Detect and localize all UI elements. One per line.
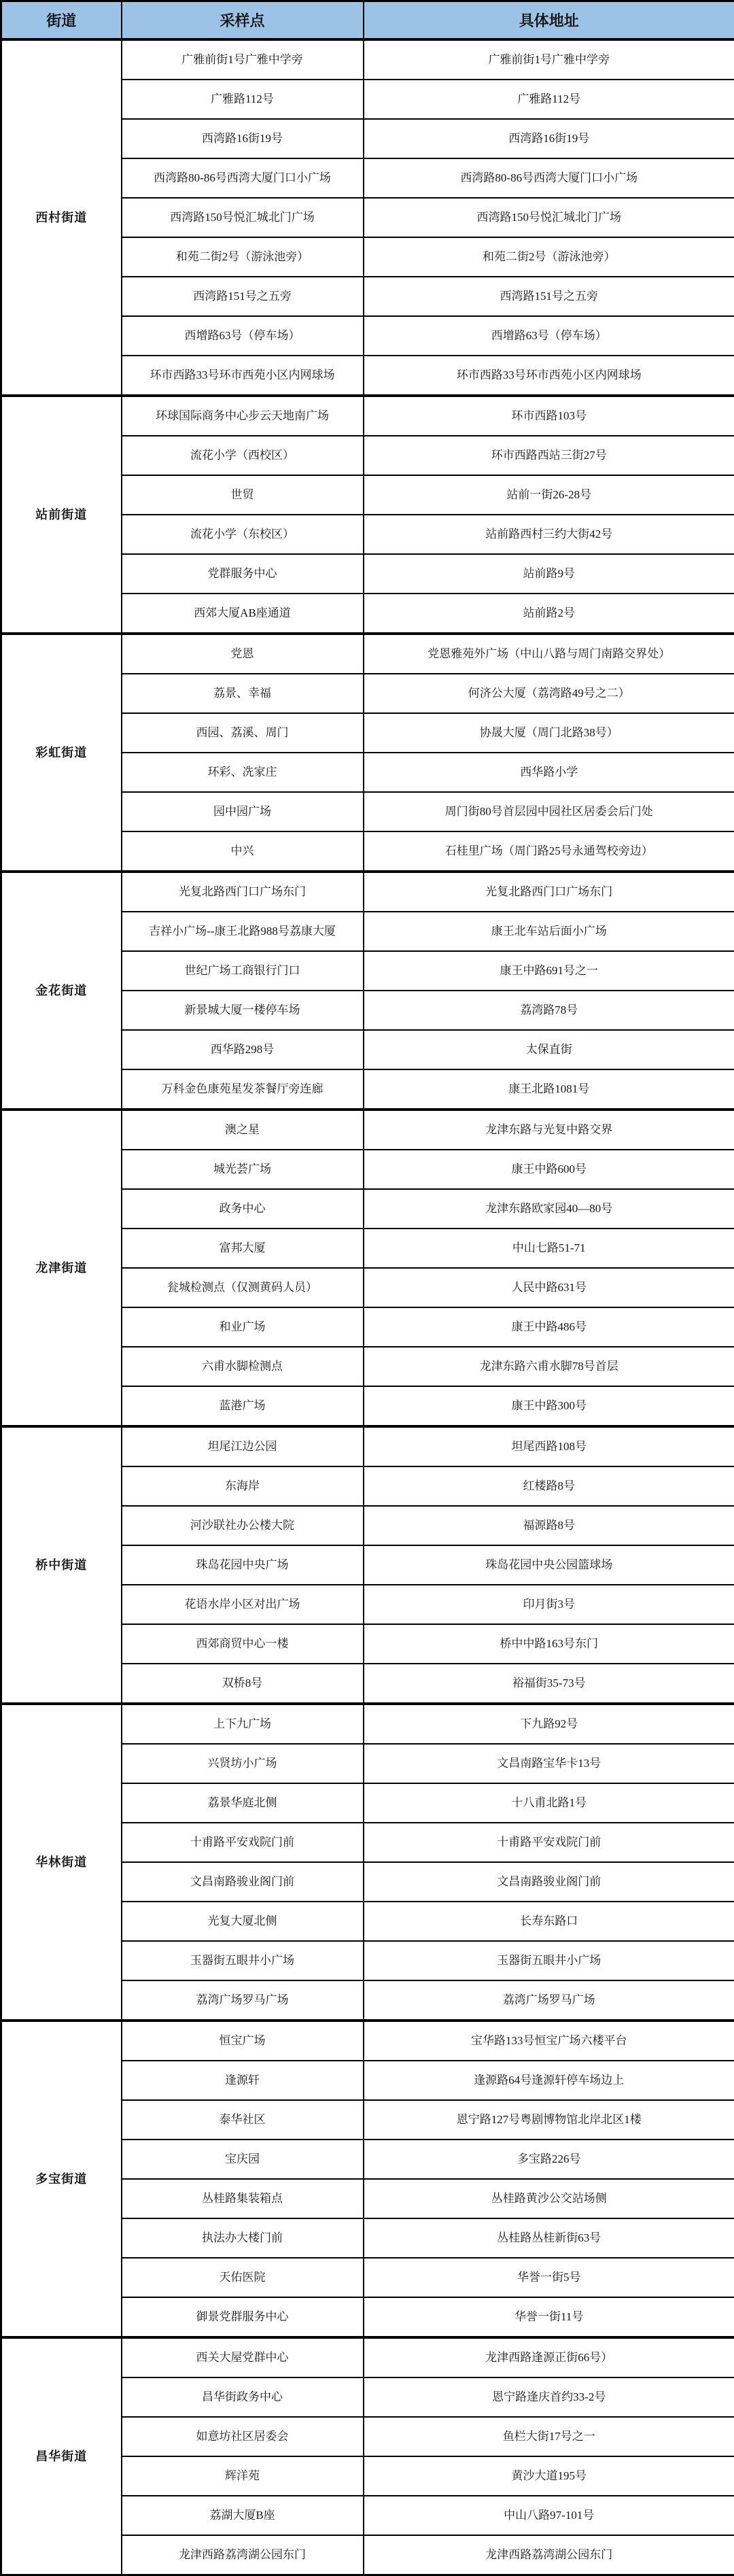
table-body: 西村街道广雅前街1号广雅中学旁广雅前街1号广雅中学旁广雅路112号广雅路112号…: [1, 39, 734, 2575]
site-cell: 光复大厦北侧: [122, 1902, 364, 1941]
site-cell: 党群服务中心: [122, 554, 364, 594]
site-cell: 如意坊社区居委会: [122, 2417, 364, 2456]
site-cell: 瓮城检测点（仅测黄码人员）: [122, 1268, 364, 1307]
address-cell: 西华路小学: [364, 753, 734, 792]
table-header: 街道 采样点 具体地址: [1, 1, 734, 40]
address-cell: 下九路92号: [364, 1704, 734, 1744]
site-cell: 流花小学（东校区）: [122, 515, 364, 554]
address-cell: 福源路8号: [364, 1506, 734, 1545]
site-cell: 西湾路150号悦汇城北门广场: [122, 198, 364, 237]
site-cell: 双桥8号: [122, 1664, 364, 1704]
site-cell: 西湾路80-86号西湾大厦门口小广场: [122, 158, 364, 198]
site-cell: 六甫水脚检测点: [122, 1347, 364, 1386]
table-row: 金花街道光复北路西门口广场东门光复北路西门口广场东门: [1, 872, 734, 912]
address-cell: 站前路2号: [364, 594, 734, 634]
site-cell: 荔湖大厦B座: [122, 2496, 364, 2535]
address-cell: 坦尾西路108号: [364, 1426, 734, 1466]
street-cell: 华林街道: [1, 1704, 122, 2021]
street-cell: 多宝街道: [1, 2021, 122, 2337]
site-cell: 西园、荔溪、周门: [122, 713, 364, 753]
address-cell: 康王中路300号: [364, 1386, 734, 1426]
address-cell: 华誉一街5号: [364, 2258, 734, 2297]
site-cell: 世纪广场工商银行门口: [122, 951, 364, 991]
address-cell: 党恩雅苑外广场（中山八路与周门南路交界处）: [364, 634, 734, 674]
address-cell: 黄沙大道195号: [364, 2456, 734, 2496]
address-cell: 龙津西路荔湾湖公园东门: [364, 2535, 734, 2575]
site-cell: 世贸: [122, 475, 364, 515]
site-cell: 和苑二街2号（游泳池旁）: [122, 237, 364, 277]
site-cell: 园中园广场: [122, 792, 364, 831]
address-cell: 中山八路97-101号: [364, 2496, 734, 2535]
address-cell: 西增路63号（停车场）: [364, 316, 734, 356]
site-cell: 政务中心: [122, 1189, 364, 1229]
address-cell: 龙津东路与光复中路交界: [364, 1110, 734, 1150]
address-cell: 站前路西村三约大街42号: [364, 515, 734, 554]
site-cell: 西华路298号: [122, 1030, 364, 1069]
address-cell: 龙津西路逢源正街66号）: [364, 2337, 734, 2377]
address-cell: 鱼栏大街17号之一: [364, 2417, 734, 2456]
address-cell: 康王中路691号之一: [364, 951, 734, 991]
address-cell: 丛桂路黄沙公交站场侧: [364, 2179, 734, 2218]
header-address: 具体地址: [364, 1, 734, 40]
site-cell: 和业广场: [122, 1307, 364, 1347]
address-cell: 光复北路西门口广场东门: [364, 872, 734, 912]
site-cell: 流花小学（西校区）: [122, 436, 364, 475]
table-row: 站前街道环球国际商务中心步云天地南广场环市西路103号: [1, 396, 734, 436]
site-cell: 逢源轩: [122, 2061, 364, 2100]
address-cell: 周门街80号首层园中园社区居委会后门处: [364, 792, 734, 831]
address-cell: 十八甫北路1号: [364, 1783, 734, 1823]
address-cell: 龙津东路六甫水脚78号首层: [364, 1347, 734, 1386]
address-cell: 逢源路64号逢源轩停车场边上: [364, 2061, 734, 2100]
address-cell: 文昌南路骏业阁门前: [364, 1862, 734, 1902]
site-cell: 上下九广场: [122, 1704, 364, 1744]
site-cell: 天佑医院: [122, 2258, 364, 2297]
address-cell: 康王中路486号: [364, 1307, 734, 1347]
site-cell: 广雅前街1号广雅中学旁: [122, 39, 364, 80]
site-cell: 西郊大厦AB座通道: [122, 594, 364, 634]
site-cell: 新景城大厦一楼停车场: [122, 991, 364, 1030]
site-cell: 万科金色康苑星发茶餐厅旁连廊: [122, 1069, 364, 1110]
address-cell: 多宝路226号: [364, 2140, 734, 2179]
address-cell: 中山七路51-71: [364, 1229, 734, 1268]
address-cell: 桥中中路163号东门: [364, 1624, 734, 1664]
address-cell: 人民中路631号: [364, 1268, 734, 1307]
street-cell: 西村街道: [1, 39, 122, 396]
address-cell: 红楼路8号: [364, 1466, 734, 1506]
address-cell: 印月街3号: [364, 1585, 734, 1624]
address-cell: 恩宁路逢庆首约33-2号: [364, 2377, 734, 2417]
site-cell: 辉洋苑: [122, 2456, 364, 2496]
address-cell: 康王北路1081号: [364, 1069, 734, 1110]
site-cell: 党恩: [122, 634, 364, 674]
site-cell: 西湾路16街19号: [122, 119, 364, 158]
address-cell: 龙津东路欧家园40—80号: [364, 1189, 734, 1229]
site-cell: 昌华街政务中心: [122, 2377, 364, 2417]
header-row: 街道 采样点 具体地址: [1, 1, 734, 40]
site-cell: 丛桂路集装箱点: [122, 2179, 364, 2218]
site-cell: 西关大屋党群中心: [122, 2337, 364, 2377]
site-cell: 玉器街五眼井小广场: [122, 1941, 364, 1980]
address-cell: 何济公大厦（荔湾路49号之二）: [364, 674, 734, 713]
header-site: 采样点: [122, 1, 364, 40]
address-cell: 文昌南路宝华卡13号: [364, 1744, 734, 1783]
address-cell: 康王北车站后面小广场: [364, 912, 734, 951]
site-cell: 环彩、冼家庄: [122, 753, 364, 792]
address-cell: 协晟大厦（周门北路38号）: [364, 713, 734, 753]
site-cell: 花语水岸小区对出广场: [122, 1585, 364, 1624]
address-cell: 石桂里广场（周门路25号永通驾校旁边）: [364, 831, 734, 872]
site-cell: 泰华社区: [122, 2100, 364, 2140]
street-cell: 龙津街道: [1, 1110, 122, 1426]
site-cell: 珠岛花园中央广场: [122, 1545, 364, 1585]
street-cell: 站前街道: [1, 396, 122, 634]
address-cell: 环市西路西站三街27号: [364, 436, 734, 475]
site-cell: 澳之星: [122, 1110, 364, 1150]
address-cell: 丛桂路丛桂新街63号: [364, 2218, 734, 2258]
site-cell: 兴贤坊小广场: [122, 1744, 364, 1783]
address-cell: 环市西路103号: [364, 396, 734, 436]
address-cell: 荔湾路78号: [364, 991, 734, 1030]
site-cell: 荔湾广场罗马广场: [122, 1980, 364, 2021]
site-cell: 西湾路151号之五旁: [122, 277, 364, 316]
site-cell: 环球国际商务中心步云天地南广场: [122, 396, 364, 436]
table-row: 多宝街道恒宝广场宝华路133号恒宝广场六楼平台: [1, 2021, 734, 2061]
address-cell: 太保直街: [364, 1030, 734, 1069]
site-cell: 西郊商贸中心一楼: [122, 1624, 364, 1664]
address-cell: 恩宁路127号粤剧博物馆北岸北区1楼: [364, 2100, 734, 2140]
address-cell: 裕福街35-73号: [364, 1664, 734, 1704]
address-cell: 西湾路150号悦汇城北门广场: [364, 198, 734, 237]
table-row: 桥中街道坦尾江边公园坦尾西路108号: [1, 1426, 734, 1466]
site-cell: 东海岸: [122, 1466, 364, 1506]
site-cell: 城光荟广场: [122, 1150, 364, 1189]
site-cell: 龙津西路荔湾湖公园东门: [122, 2535, 364, 2575]
address-cell: 长寿东路口: [364, 1902, 734, 1941]
site-cell: 环市西路33号环市西苑小区内网球场: [122, 356, 364, 396]
site-cell: 富邦大厦: [122, 1229, 364, 1268]
address-cell: 玉器街五眼井小广场: [364, 1941, 734, 1980]
site-cell: 吉祥小广场--康王北路988号荔康大厦: [122, 912, 364, 951]
address-cell: 华誉一街11号: [364, 2297, 734, 2337]
address-cell: 和苑二街2号（游泳池旁）: [364, 237, 734, 277]
site-cell: 荔景华庭北侧: [122, 1783, 364, 1823]
site-cell: 恒宝广场: [122, 2021, 364, 2061]
sampling-sites-page: 街道 采样点 具体地址 西村街道广雅前街1号广雅中学旁广雅前街1号广雅中学旁广雅…: [0, 0, 734, 2576]
address-cell: 西湾路151号之五旁: [364, 277, 734, 316]
address-cell: 西湾路80-86号西湾大厦门口小广场: [364, 158, 734, 198]
sampling-sites-table: 街道 采样点 具体地址 西村街道广雅前街1号广雅中学旁广雅前街1号广雅中学旁广雅…: [0, 0, 734, 2576]
site-cell: 十甫路平安戏院门前: [122, 1823, 364, 1862]
table-row: 昌华街道西关大屋党群中心龙津西路逢源正街66号）: [1, 2337, 734, 2377]
site-cell: 西增路63号（停车场）: [122, 316, 364, 356]
table-row: 彩虹街道党恩党恩雅苑外广场（中山八路与周门南路交界处）: [1, 634, 734, 674]
site-cell: 宝庆园: [122, 2140, 364, 2179]
address-cell: 环市西路33号环市西苑小区内网球场: [364, 356, 734, 396]
address-cell: 康王中路600号: [364, 1150, 734, 1189]
table-row: 西村街道广雅前街1号广雅中学旁广雅前街1号广雅中学旁: [1, 39, 734, 80]
address-cell: 十甫路平安戏院门前: [364, 1823, 734, 1862]
address-cell: 广雅前街1号广雅中学旁: [364, 39, 734, 80]
site-cell: 广雅路112号: [122, 80, 364, 119]
site-cell: 文昌南路骏业阁门前: [122, 1862, 364, 1902]
header-street: 街道: [1, 1, 122, 40]
site-cell: 执法办大楼门前: [122, 2218, 364, 2258]
table-row: 华林街道上下九广场下九路92号: [1, 1704, 734, 1744]
table-row: 龙津街道澳之星龙津东路与光复中路交界: [1, 1110, 734, 1150]
address-cell: 站前路9号: [364, 554, 734, 594]
site-cell: 荔景、幸福: [122, 674, 364, 713]
site-cell: 光复北路西门口广场东门: [122, 872, 364, 912]
site-cell: 坦尾江边公园: [122, 1426, 364, 1466]
address-cell: 站前一街26-28号: [364, 475, 734, 515]
address-cell: 珠岛花园中央公园篮球场: [364, 1545, 734, 1585]
street-cell: 彩虹街道: [1, 634, 122, 872]
address-cell: 宝华路133号恒宝广场六楼平台: [364, 2021, 734, 2061]
site-cell: 御景党群服务中心: [122, 2297, 364, 2337]
address-cell: 广雅路112号: [364, 80, 734, 119]
street-cell: 金花街道: [1, 872, 122, 1110]
address-cell: 西湾路16街19号: [364, 119, 734, 158]
address-cell: 荔湾广场罗马广场: [364, 1980, 734, 2021]
site-cell: 蓝港广场: [122, 1386, 364, 1426]
street-cell: 昌华街道: [1, 2337, 122, 2575]
street-cell: 桥中街道: [1, 1426, 122, 1704]
site-cell: 中兴: [122, 831, 364, 872]
site-cell: 河沙联社办公楼大院: [122, 1506, 364, 1545]
